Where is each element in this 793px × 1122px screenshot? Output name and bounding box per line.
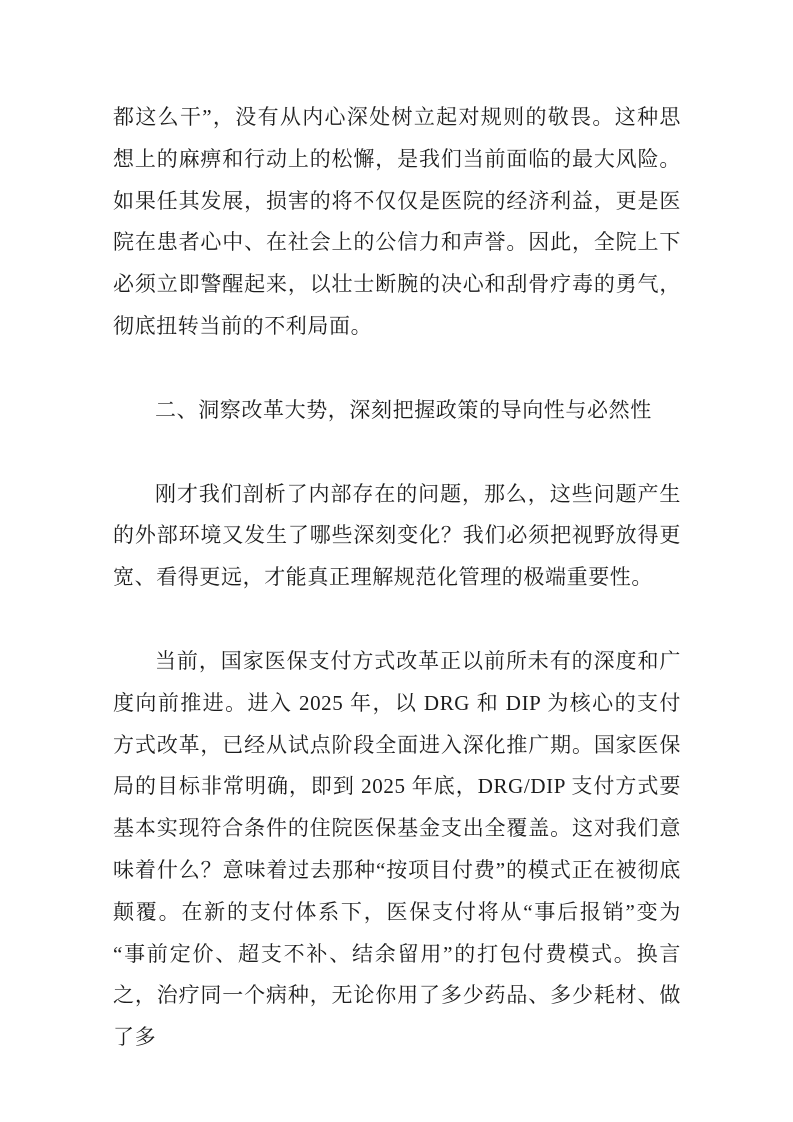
document-page: 都这么干”，没有从内心深处树立起对规则的敬畏。这种思想上的麻痹和行动上的松懈，是…	[0, 0, 793, 1122]
body-paragraph: 都这么干”，没有从内心深处树立起对规则的敬畏。这种思想上的麻痹和行动上的松懈，是…	[113, 97, 681, 348]
section-heading: 二、洞察改革大势，深刻把握政策的导向性与必然性	[113, 390, 681, 432]
document-body: 都这么干”，没有从内心深处树立起对规则的敬畏。这种思想上的麻痹和行动上的松懈，是…	[113, 97, 681, 1059]
body-paragraph: 刚才我们剖析了内部存在的问题，那么，这些问题产生的外部环境又发生了哪些深刻变化？…	[113, 474, 681, 599]
body-paragraph: 当前，国家医保支付方式改革正以前所未有的深度和广度向前推进。进入 2025 年，…	[113, 641, 681, 1059]
